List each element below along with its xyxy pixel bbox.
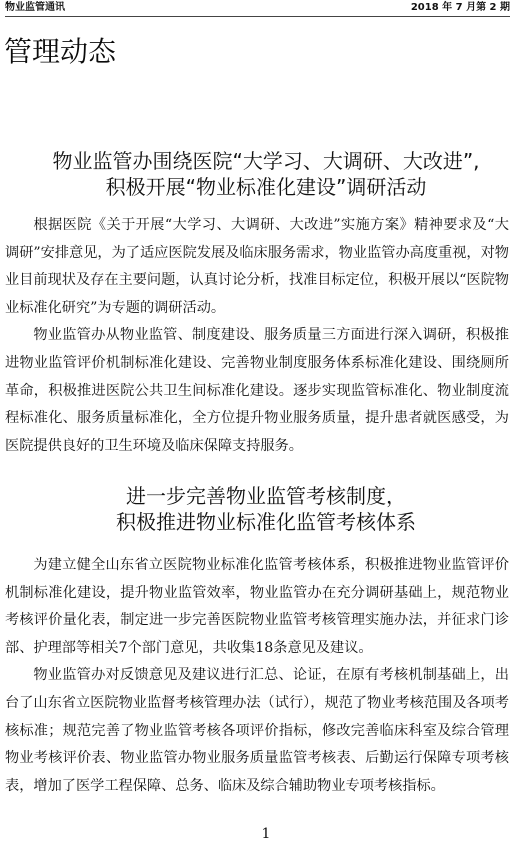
page-number: 1 — [0, 825, 532, 843]
article-2-heading: 进一步完善物业监管考核制度， 积极推进物业标准化监管考核体系 — [0, 483, 532, 535]
running-header: 物业监管通讯 2018 年 7 月第 2 期 — [5, 2, 510, 17]
page-title: 管理动态 — [4, 34, 116, 70]
article-1-paragraph-2: 物业监管办从物业监管、制度建设、服务质量三方面进行深入调研，积极推进物业监管评价… — [5, 322, 509, 460]
issue-label: 2018 年 7 月第 2 期 — [411, 2, 510, 14]
article-2-heading-line-2: 积极推进物业标准化监管考核体系 — [0, 509, 532, 535]
article-2-paragraph-1: 为建立健全山东省立医院物业标准化监管考核体系，积极推进物业监管评价机制标准化建设… — [5, 552, 509, 662]
article-1-heading: 物业监管办围绕医院“大学习、大调研、大改进”, 积极开展“物业标准化建设”调研活… — [0, 148, 532, 200]
article-2-body: 为建立健全山东省立医院物业标准化监管考核体系，积极推进物业监管评价机制标准化建设… — [5, 552, 509, 800]
article-1-heading-line-1: 物业监管办围绕医院“大学习、大调研、大改进”, — [0, 148, 532, 174]
article-1-body: 根据医院《关于开展“大学习、大调研、大改进”实施方案》精神要求及“大调研”安排意… — [5, 212, 509, 460]
article-2-paragraph-2: 物业监管办对反馈意见及建议进行汇总、论证，在原有考核机制基础上，出台了山东省立医… — [5, 662, 509, 800]
publication-name: 物业监管通讯 — [5, 2, 65, 14]
article-1-paragraph-1: 根据医院《关于开展“大学习、大调研、大改进”实施方案》精神要求及“大调研”安排意… — [5, 212, 509, 322]
article-2-heading-line-1: 进一步完善物业监管考核制度， — [0, 483, 532, 509]
article-1-heading-line-2: 积极开展“物业标准化建设”调研活动 — [0, 174, 532, 200]
